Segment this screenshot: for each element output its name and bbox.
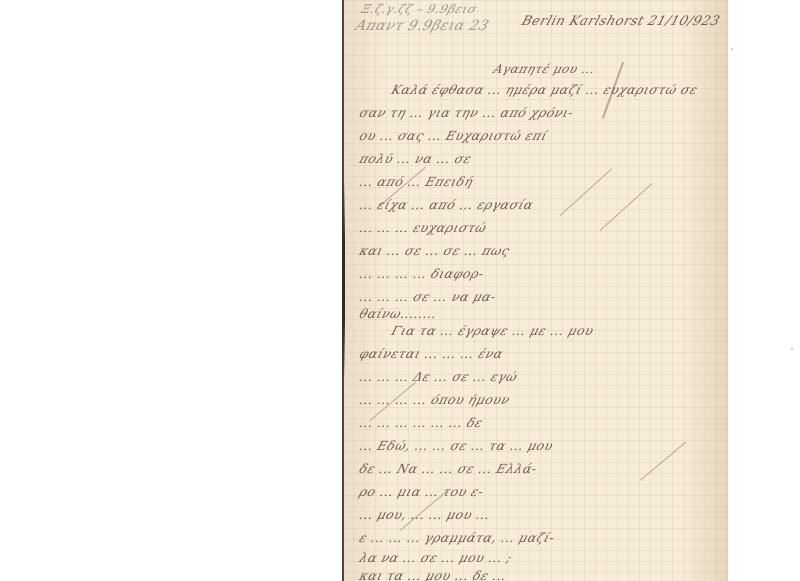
letter-line: ... Εδώ, ... ... σε ... τα ... μου bbox=[358, 438, 723, 453]
letter-salutation: Αγαπητέ μου ... bbox=[492, 62, 598, 76]
letter-line: δε ... Να ... ... σε ... Ελλά- bbox=[358, 461, 723, 476]
letter-line: ρο ... μια ... του ε- bbox=[358, 484, 723, 499]
letter-line: Καλά έφθασα ... ημέρα μαζί ... ευχαριστώ… bbox=[390, 82, 755, 97]
letter-line: ... ... ... ... διαφορ- bbox=[358, 266, 723, 281]
letter-line: λα να ... σε ... μου ... ; bbox=[358, 550, 723, 565]
scan-speck bbox=[791, 348, 793, 350]
letter-line: σαν τη ... για την ... από χρόνι- bbox=[358, 105, 723, 120]
letter-line: και τα ... μου ... δε ... bbox=[358, 568, 723, 581]
letter-line: ... είχα ... από ... εργασία bbox=[358, 197, 723, 212]
letter-line: ... ... ... σε ... να μα- bbox=[358, 289, 723, 304]
scan-speck bbox=[731, 48, 733, 50]
letter-line: και ... σε ... σε ... πως bbox=[358, 243, 723, 258]
pencil-note-1: Ξ.ζ.γ.ζζ – 9.9βεισ bbox=[360, 2, 479, 16]
letter-line: Για τα ... έγραψε ... με ... μου bbox=[390, 323, 755, 338]
letter-line: ... ... ... ... ... ... δε bbox=[358, 415, 723, 430]
letter-line: φαίνεται ... ... ... ένα bbox=[358, 346, 723, 361]
letter-line: ... ... ... ... όπου ήμουν bbox=[358, 392, 723, 407]
page-fold-shadow bbox=[342, 180, 345, 380]
letter-line: ... ... ... ευχαριστώ bbox=[358, 220, 723, 235]
letter-line: ε ... ... ... γραμμάτα, ... μαζί- bbox=[358, 530, 723, 545]
letter-place-date: Berlin Karlshorst 21/10/923 bbox=[520, 14, 722, 29]
pencil-note-2: Απαντ 9.9βεια 23 bbox=[353, 18, 491, 34]
letter-line: πολύ ... να ... σε bbox=[358, 151, 723, 166]
letter-line: θαίνω........ bbox=[358, 306, 723, 321]
letter-line: ου ... σας ... Ευχαριστώ επί bbox=[358, 128, 723, 143]
letter-line: ... ... ... Δε ... σε ... εγώ bbox=[358, 369, 723, 384]
